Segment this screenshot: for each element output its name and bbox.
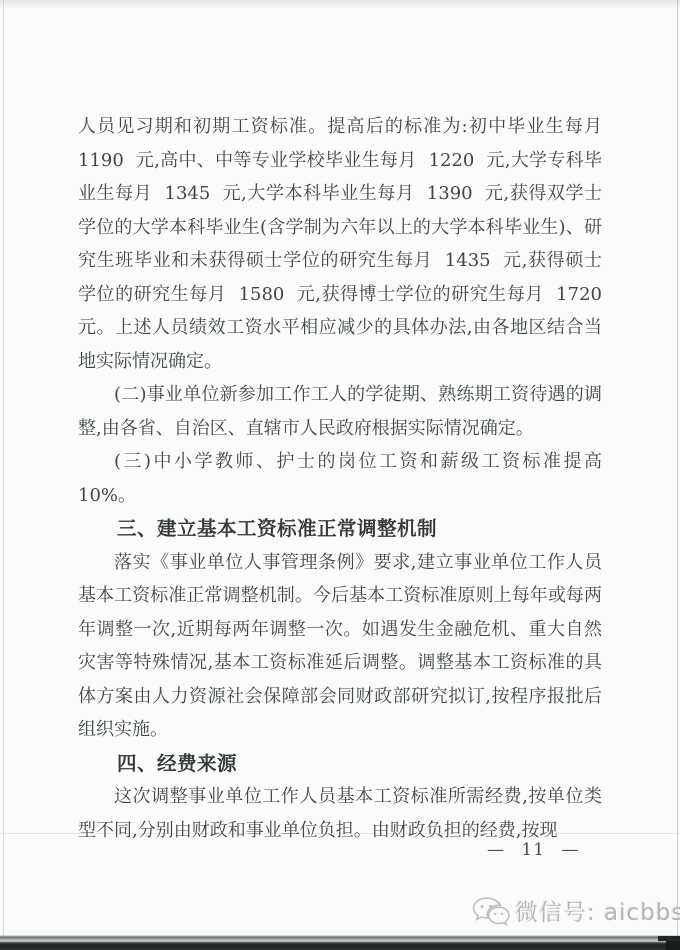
scan-left-edge-line	[3, 0, 4, 936]
scan-bottom-edge	[0, 935, 680, 950]
watermark-text: 微信号: aicbbs	[515, 894, 680, 927]
document-body: 人员见习期和初期工资标准。提高后的标准为:初中毕业生每月 1190 元,高中、中…	[78, 110, 602, 847]
paragraph-funding-source: 这次调整事业单位工作人员基本工资标准所需经费,按单位类型不同,分别由财政和事业单…	[78, 780, 602, 847]
section-heading-4: 四、经费来源	[78, 747, 602, 781]
wechat-icon	[472, 896, 510, 926]
paragraph-adjustment-mechanism: 落实《事业单位人事管理条例》要求,建立事业单位工作人员基本工资标准正常调整机制。…	[78, 546, 602, 747]
scan-bottom-corner-notch	[666, 941, 680, 950]
scanned-document-page: 人员见习期和初期工资标准。提高后的标准为:初中毕业生每月 1190 元,高中、中…	[0, 0, 680, 950]
paragraph-item-3: (三)中小学教师、护士的岗位工资和薪级工资标准提高 10%。	[78, 445, 602, 512]
scan-top-edge-artifact	[0, 0, 680, 8]
wechat-watermark: 微信号: aicbbs	[472, 894, 680, 927]
page-number: — 11 —	[487, 840, 579, 860]
paragraph-salary-standards: 人员见习期和初期工资标准。提高后的标准为:初中毕业生每月 1190 元,高中、中…	[78, 110, 602, 378]
section-heading-3: 三、建立基本工资标准正常调整机制	[78, 512, 602, 546]
scan-right-edge-line	[677, 0, 678, 936]
paragraph-item-2: (二)事业单位新参加工作工人的学徒期、熟练期工资待遇的调整,由各省、自治区、直辖…	[78, 378, 602, 445]
